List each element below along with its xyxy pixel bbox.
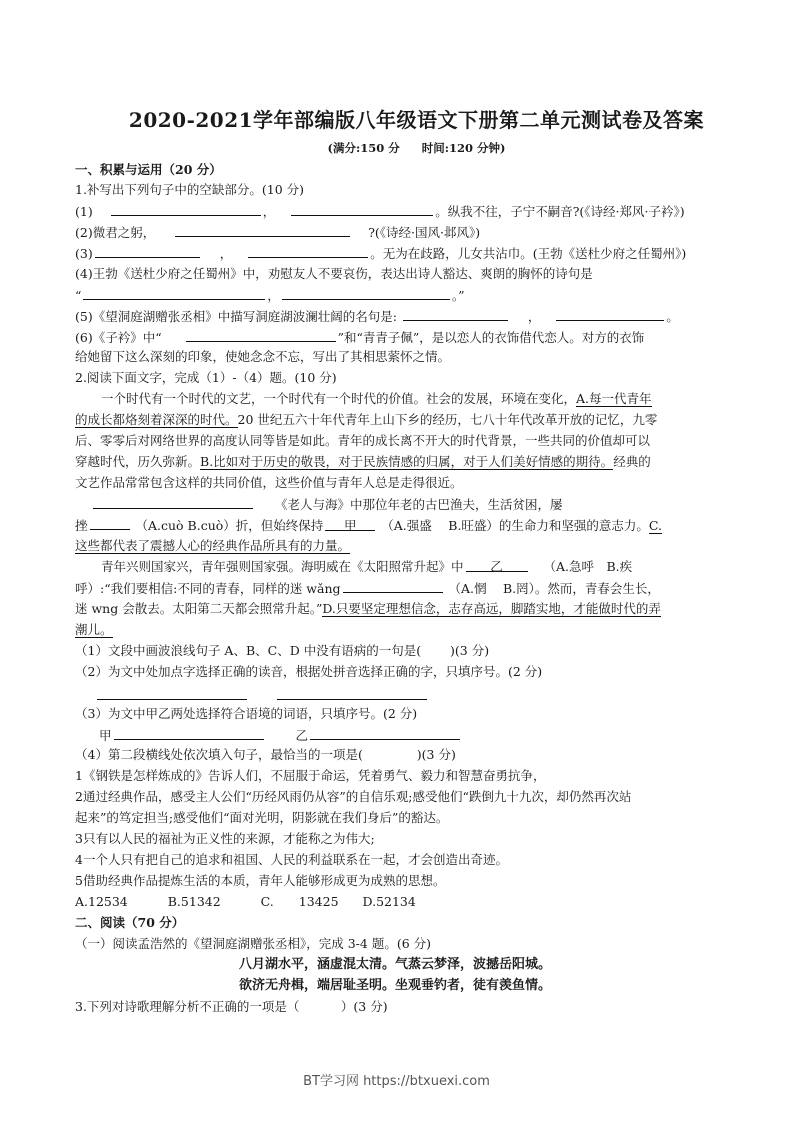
- yi-answer-blank[interactable]: [310, 725, 460, 740]
- answer-blank[interactable]: [403, 306, 508, 321]
- sub-question-1: （1）文段中画波浪线句子 A、B、C、D 中没有语病的一句是( )(3 分): [75, 641, 725, 661]
- option-2-cont: 起来”的笃定担当;感受他们“面对光明，阴影就在我们身后”的豁达。: [75, 808, 725, 828]
- choice-a[interactable]: A.12534: [75, 894, 128, 909]
- q3-prompt: 3.下列对诗歌理解分析不正确的一项是（ ）(3 分): [75, 997, 725, 1017]
- passage-line: 青年兴则国家兴，青年强则国家强。海明威在《太阳照常升起》中乙 （A.急呼 B.疾: [75, 557, 751, 577]
- choice-c[interactable]: C. 13425: [261, 894, 339, 909]
- answer-blank[interactable]: [277, 685, 427, 700]
- passage-line: 的成长都烙刻着深深的时代。20 世纪五六十年代青年上山下乡的经历，七八十年代改革…: [75, 410, 725, 430]
- answer-choices: A.12534 B.51342 C. 13425 D.52134: [75, 892, 725, 912]
- full-score: (满分:150 分: [328, 141, 400, 155]
- q1-item-4: (4)王勃《送杜少府之任蜀州》中，劝慰友人不要哀伤，表达出诗人豁达、爽朗的胸怀的…: [75, 264, 725, 284]
- document-subtitle: (满分:150 分时间:120 分钟): [0, 140, 793, 156]
- q1-item-3: (3) ，。无为在歧路，儿女共沾巾。(王勃《送杜少府之任蜀州》): [75, 243, 725, 264]
- q1-item-6: (6)《子衿》中“ ”和“青青子佩”，是以恋人的衣饰借代恋人。对方的衣饰: [75, 327, 725, 348]
- passage-line: 呼）:“我们要相信:不同的青春，同样的迷 wǎng （A.惘 B.罔）。然而，青…: [75, 578, 725, 599]
- reading-part1-prompt: （一）阅读孟浩然的《望洞庭湖赠张丞相》，完成 3-4 题。(6 分): [75, 934, 725, 954]
- q1-item-6-cont: 给她留下这么深刻的印象，使她念念不忘，写出了其相思萦怀之情。: [75, 347, 725, 367]
- answer-blank[interactable]: [97, 685, 247, 700]
- q1-item-1: (1) ， 。纵我不往，子宁不嗣音?(《诗经·郑风·子衿》): [75, 201, 725, 222]
- passage-line: 文艺作品常常包含这样的共同价值，这些价值与青年人总是走得很近。: [75, 473, 725, 493]
- passage-line: 这些都代表了震撼人心的经典作品所具有的力量。: [75, 536, 725, 556]
- answer-blank[interactable]: [186, 327, 336, 342]
- poem-line-1: 八月湖水平，涵虚混太清。气蒸云梦泽，波撼岳阳城。: [239, 955, 793, 975]
- answer-blank[interactable]: [282, 285, 450, 300]
- passage-line: 潮儿。: [75, 620, 725, 640]
- section2-heading: 二、阅读（70 分）: [75, 913, 725, 933]
- option-3: 3只有以人民的福祉为正义性的来源，才能称之为伟大;: [75, 829, 725, 849]
- sub-question-2: （2）为文中处加点字选择正确的读音，根据处拼音选择正确的字，只填序号。(2 分): [75, 662, 725, 682]
- q1-item-4-blanks: “，。”: [75, 285, 725, 306]
- answer-blank[interactable]: [111, 201, 261, 216]
- document-title: 2020-2021学年部编版八年级语文下册第二单元测试卷及答案: [0, 104, 793, 133]
- jia-answer-blank[interactable]: [114, 725, 264, 740]
- option-1: 1《钢铁是怎样炼成的》告诉人们，不屈服于命运，凭着勇气、毅力和智慧奋勇抗争，: [75, 766, 725, 786]
- q1-item-5: (5)《望洞庭湖赠张丞相》中描写洞庭湖波澜壮阔的名句是: ，。: [75, 306, 725, 327]
- jia-blank[interactable]: 甲: [325, 516, 375, 531]
- answer-blank[interactable]: [556, 306, 664, 321]
- pinyin-blank[interactable]: [90, 515, 130, 530]
- exam-page: 2020-2021学年部编版八年级语文下册第二单元测试卷及答案 (满分:150 …: [0, 0, 793, 1122]
- poem-line-2: 欲济无舟楫，端居耻圣明。坐观垂钓者，徒有羡鱼情。: [239, 976, 793, 996]
- choice-b[interactable]: B.51342: [168, 894, 221, 909]
- wavy-sentence-c: 这些都代表了震撼人心的经典作品所具有的力量。: [75, 538, 350, 554]
- yi-blank[interactable]: 乙: [466, 557, 528, 572]
- choice-d[interactable]: D.52134: [363, 894, 416, 909]
- wang-blank[interactable]: [343, 578, 443, 593]
- q1-prompt: 1.补写出下列句子中的空缺部分。(10 分): [75, 180, 725, 200]
- answer-blank[interactable]: [175, 222, 350, 237]
- section1-heading: 一、积累与运用（20 分）: [75, 160, 725, 180]
- watermark-footer: BT学习网 https://btxuexi.com: [0, 1070, 793, 1089]
- time-limit: 时间:120 分钟): [422, 141, 506, 155]
- option-4: 4一个人只有把自己的追求和祖国、人民的利益联系在一起，才会创造出奇迹。: [75, 850, 725, 870]
- answer-blank[interactable]: [248, 243, 368, 258]
- option-5: 5借助经典作品提炼生活的本质，青年人能够形成更为成熟的思想。: [75, 871, 725, 891]
- wavy-sentence-d: D.只要坚定理想信念，志存高远，脚踏实地，才能做时代的弄: [322, 601, 661, 617]
- sub-question-3: （3）为文中甲乙两处选择符合语境的词语，只填序号。(2 分): [75, 704, 725, 724]
- sub-question-3-blanks: 甲 乙: [75, 725, 725, 746]
- sub-question-4: （4）第二段横线处依次填入句子，最恰当的一项是( )(3 分): [75, 745, 725, 765]
- option-2: 2通过经典作品，感受主人公们“历经风雨仍从容”的自信乐观;感受他们“跌倒九十九次…: [75, 787, 725, 807]
- fill-sentence-blank[interactable]: [93, 494, 253, 509]
- q2-prompt: 2.阅读下面文字，完成（1）-（4）题。(10 分): [75, 368, 725, 388]
- wavy-sentence-b: B.比如对于历史的敬畏，对于民族情感的归属，对于人们美好情感的期待。: [200, 454, 613, 470]
- answer-blank[interactable]: [83, 285, 265, 300]
- passage-line: 挫 （A.cuò B.cuò）折，但始终保持甲 （A.强盛 B.旺盛）的生命力和…: [75, 515, 725, 536]
- answer-blank[interactable]: [291, 201, 433, 216]
- q1-item-2: (2)微君之躬， ?(《诗经·国风·邶风》): [75, 222, 725, 243]
- passage-line: 《老人与海》中那位年老的古巴渔夫，生活贫困，屡: [75, 494, 725, 515]
- sub-question-2-blanks: [75, 685, 725, 706]
- answer-blank[interactable]: [95, 243, 200, 258]
- passage-line: 一个时代有一个时代的文艺，一个时代有一个时代的价值。社会的发展，环境在变化，A.…: [75, 389, 751, 409]
- wavy-sentence-a: A.每一代青年: [576, 391, 652, 407]
- passage-line: 后、零零后对网络世界的高度认同等皆是如此。青年的成长离不开大的时代背景，一些共同…: [75, 431, 725, 451]
- item-label: (1): [75, 204, 93, 219]
- passage-line: 迷 wng 会散去。太阳第二天都会照常升起。”D.只要坚定理想信念，志存高远，脚…: [75, 599, 725, 619]
- passage-line: 穿越时代，历久弥新。B.比如对于历史的敬畏，对于民族情感的归属，对于人们美好情感…: [75, 452, 725, 472]
